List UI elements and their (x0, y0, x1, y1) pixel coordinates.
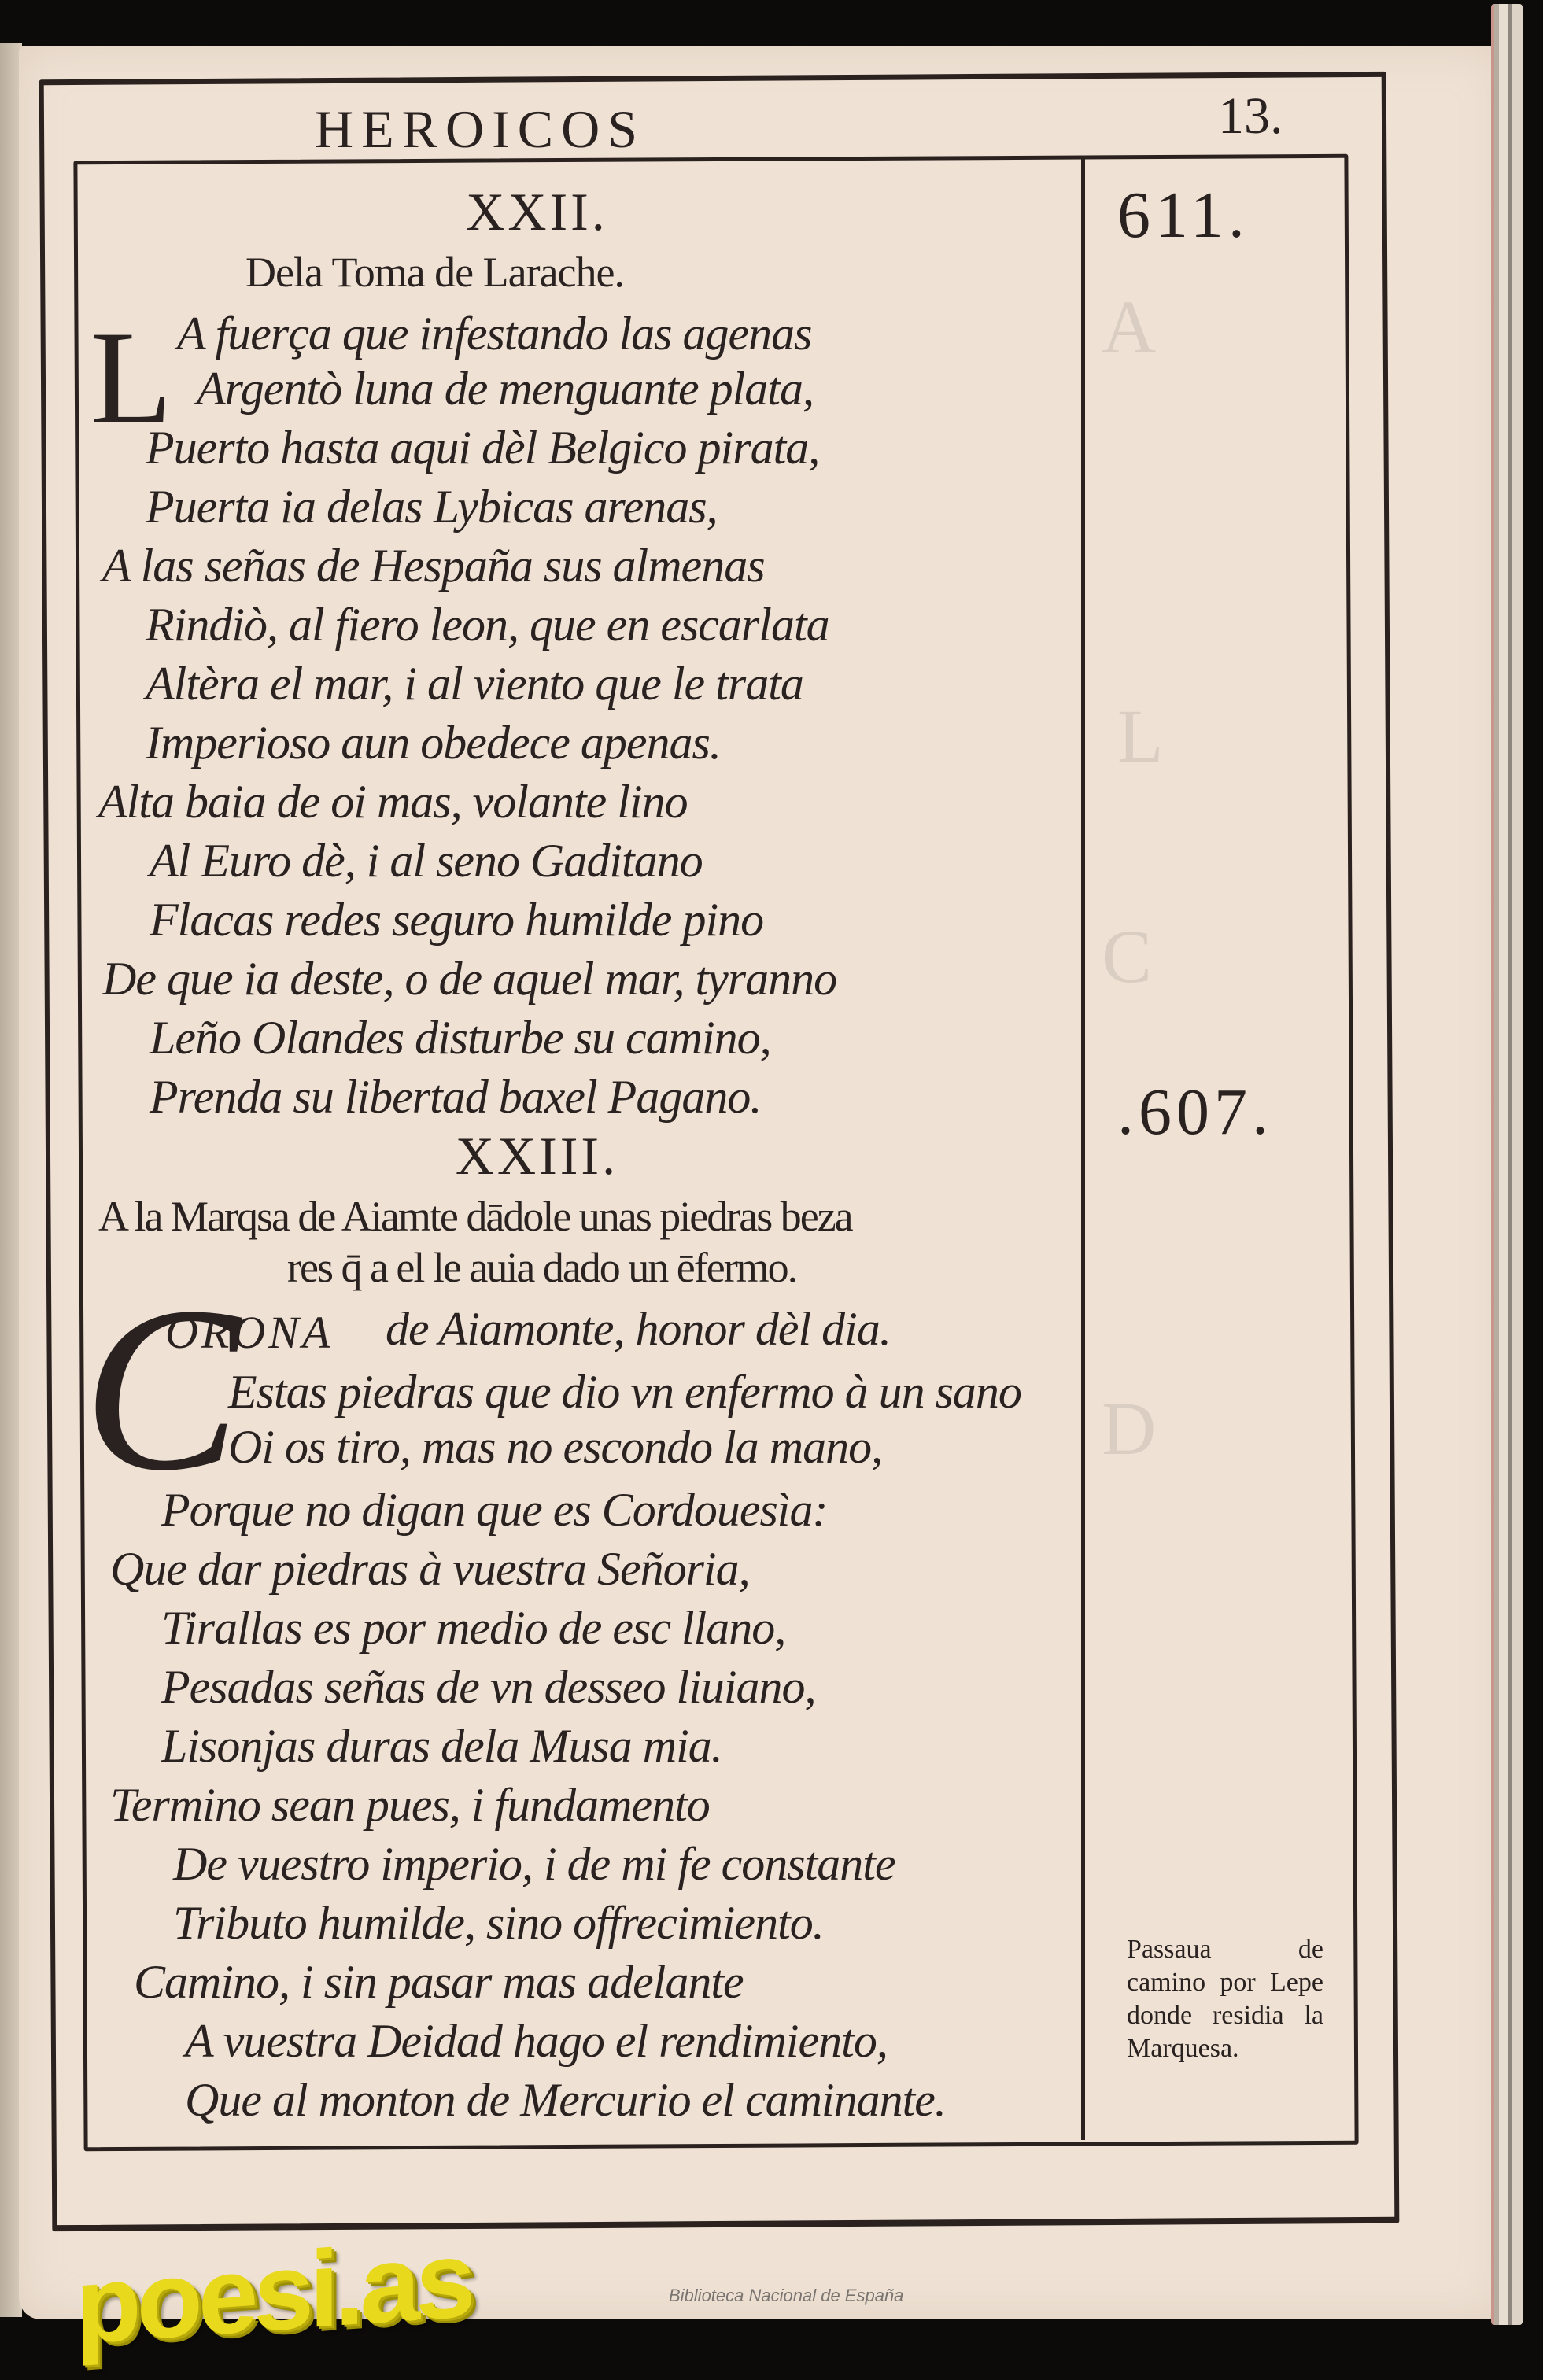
verse-line: Termino sean pues, i fundamento (110, 1778, 710, 1832)
margin-reference-611: 611. (1117, 177, 1250, 253)
text-column: XXII. Dela Toma de Larache. L A fuerça q… (87, 161, 1082, 2136)
first-word-caps: ORONA (165, 1306, 333, 1359)
verse-line: de Aiamonte, honor dèl dia. (386, 1302, 891, 1356)
verse-line: A las señas de Hespaña sus almenas (102, 539, 765, 593)
poem-title-xxiii-line1: A la Marqsa de Aiamte dādole unas piedra… (55, 1192, 1094, 1241)
verse-line: A fuerça que infestando las agenas (177, 307, 811, 361)
verse-line: Camino, i sin pasar mas adelante (134, 1955, 744, 2009)
verse-line: Imperioso aun obedece apenas. (146, 716, 721, 770)
verse-line: Puerta ia delas Lybicas arenas, (146, 480, 718, 534)
verse-line: Altèra el mar, i al viento que le trata (146, 657, 803, 711)
verse-line: Puerto hasta aqui dèl Belgico pirata, (146, 421, 819, 475)
page-number: 13. (1218, 87, 1283, 146)
poem-numeral-xxiii: XXIII. (39, 1125, 1035, 1187)
running-head: HEROICOS (315, 98, 645, 161)
verse-line: Rindiò, al fiero leon, que en escarlata (146, 598, 829, 652)
verse-line: Al Euro dè, i al seno Gaditano (150, 834, 703, 888)
poesias-watermark-logo: poesi.as (76, 2216, 471, 2370)
margin-note: Passaua de camino por Lepe donde residia… (1127, 1933, 1323, 2065)
verse-line: Porque no digan que es Cordouesìa: (161, 1483, 827, 1537)
verse-line: Flacas redes seguro humilde pino (150, 893, 763, 947)
page-fore-edge (1491, 4, 1523, 2325)
verse-line: Pesadas señas de vn desseo liuiano, (161, 1660, 816, 1714)
verse-line: Que al monton de Mercurio el caminante. (185, 2073, 946, 2127)
margin-reference-607: .607. (1117, 1074, 1273, 1150)
poem-numeral-xxii: XXII. (39, 181, 1035, 243)
verse-line: Oi os tiro, mas no escondo la mano, (228, 1420, 882, 1474)
verse-line: Lisonjas duras dela Musa mia. (161, 1719, 722, 1773)
verse-line: Tirallas es por medio de esc llano, (161, 1601, 785, 1655)
verse-line: Que dar piedras à vuestra Señoria, (110, 1542, 750, 1596)
margin-column: 611. .607. Passaua de camino por Lepe do… (1094, 161, 1342, 2136)
verse-line: Leño Olandes disturbe su camino, (150, 1011, 771, 1065)
verse-line: Alta baia de oi mas, volante lino (98, 775, 688, 829)
verse-line: Prenda su libertad baxel Pagano. (150, 1070, 761, 1124)
library-credit: Biblioteca Nacional de España (669, 2286, 903, 2306)
verse-line: De que ia deste, o de aquel mar, tyranno (102, 952, 836, 1006)
poem-title-xxii: Dela Toma de Larache. (0, 248, 932, 297)
verse-line: De vuestro imperio, i de mi fe constante (173, 1837, 895, 1891)
verse-line: Argentò luna de menguante plata, (197, 362, 814, 416)
verse-line: Tributo humilde, sino offrecimiento. (173, 1896, 824, 1950)
verse-line: Estas piedras que dio vn enfermo à un sa… (228, 1365, 1021, 1419)
verse-line: A vuestra Deidad hago el rendimiento, (185, 2014, 888, 2068)
poem-title-xxiii-line2: res q̄ a el le auia dado un ēfermo. (87, 1243, 1283, 1292)
